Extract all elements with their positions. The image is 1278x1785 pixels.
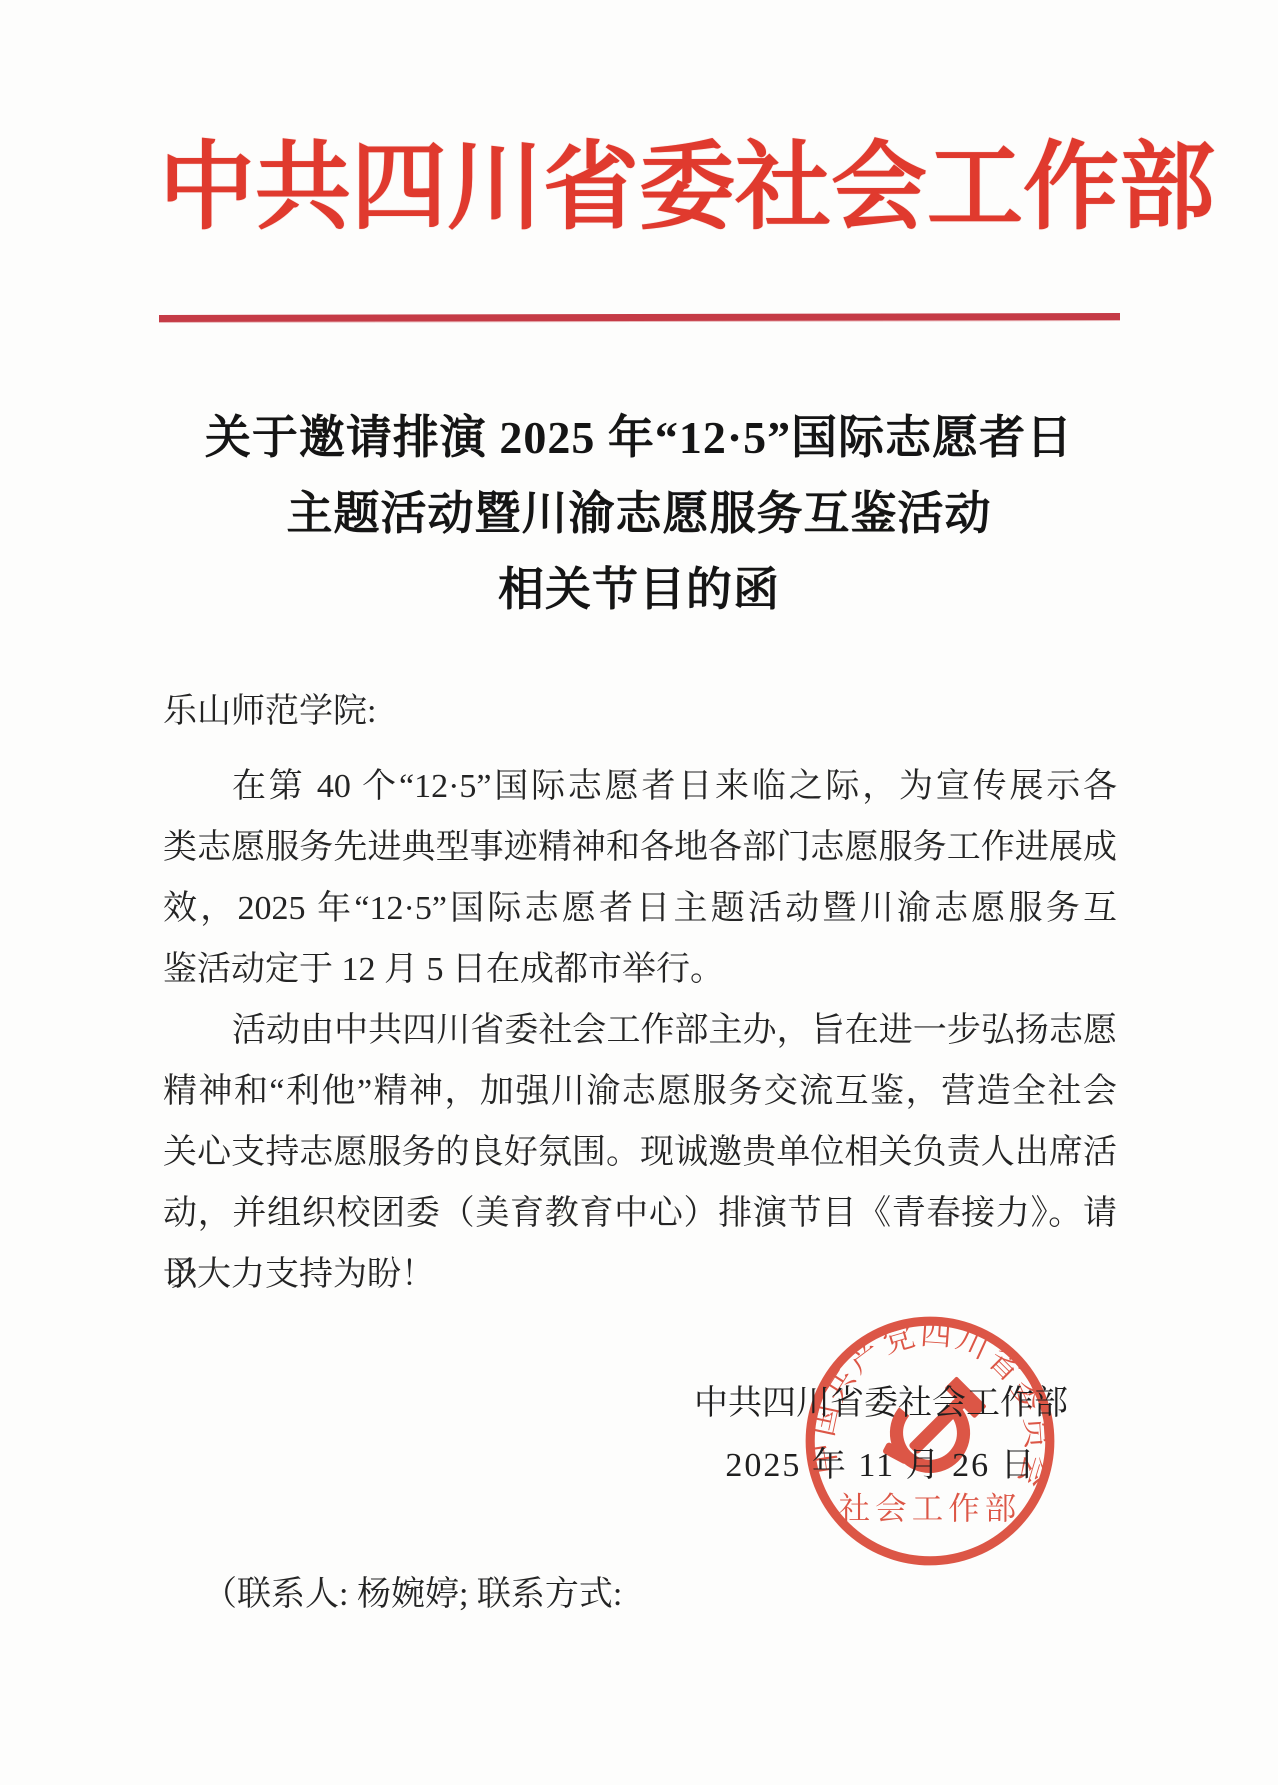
body-line: 类志愿服务先进典型事迹精神和各地各部门志愿服务工作进展成 xyxy=(163,817,1117,878)
letterhead-divider-rule xyxy=(159,313,1120,322)
document-title-line-1: 关于邀请排演 2025 年“12·5”国际志愿者日 xyxy=(0,400,1278,476)
contact-line: （联系人: 杨婉婷; 联系方式: xyxy=(203,1572,1103,1618)
body-line: 活动由中共四川省委社会工作部主办，旨在进一步弘扬志愿 xyxy=(163,1000,1117,1061)
body-text: 在第 40 个“12·5”国际志愿者日来临之际，为宣传展示各 类志愿服务先进典型… xyxy=(163,756,1117,1305)
body-line: 在第 40 个“12·5”国际志愿者日来临之际，为宣传展示各 xyxy=(163,756,1117,817)
letterhead-org-name: 中共四川省委社会工作部 xyxy=(159,128,1119,248)
official-seal: 中国共产党四川省委员会 社会工作部 xyxy=(798,1309,1062,1573)
body-line: 关心支持志愿服务的良好氛围。现诚邀贵单位相关负责人出席活 xyxy=(163,1122,1117,1183)
body-line: 鉴活动定于 12 月 5 日在成都市举行。 xyxy=(163,939,1117,1000)
signature-date: 2025 年 11 月 26 日 xyxy=(601,1443,1161,1489)
body-line: 精神和“利他”精神，加强川渝志愿服务交流互鉴，营造全社会 xyxy=(163,1061,1117,1122)
body-line: 动，并组织校团委（美育教育中心）排演节目《青春接力》。请予 xyxy=(163,1183,1117,1244)
body-line: 以大力支持为盼！ xyxy=(163,1244,1117,1305)
official-letter-page: 中共四川省委社会工作部 关于邀请排演 2025 年“12·5”国际志愿者日 主题… xyxy=(0,0,1278,1785)
salutation: 乐山师范学院: xyxy=(163,688,1117,736)
document-title: 关于邀请排演 2025 年“12·5”国际志愿者日 主题活动暨川渝志愿服务互鉴活… xyxy=(0,400,1278,628)
document-title-line-2: 主题活动暨川渝志愿服务互鉴活动 xyxy=(0,476,1278,552)
signature-org: 中共四川省委社会工作部 xyxy=(601,1381,1161,1427)
document-title-line-3: 相关节目的函 xyxy=(0,552,1278,628)
seal-bottom-text: 社会工作部 xyxy=(839,1491,1022,1526)
body-line: 效，2025 年“12·5”国际志愿者日主题活动暨川渝志愿服务互 xyxy=(163,878,1117,939)
